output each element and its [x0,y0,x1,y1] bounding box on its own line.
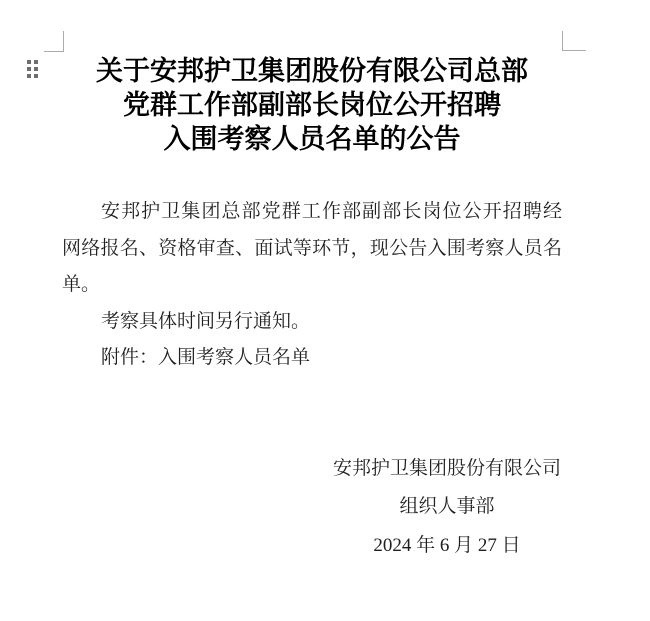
title-line-2: 党群工作部副部长岗位公开招聘 [62,88,562,122]
signature-org: 安邦护卫集团股份有限公司 [332,450,562,489]
attachment-paragraph: 附件：入围考察人员名单 [62,340,562,377]
paragraph-line: 单。 [62,267,562,304]
paragraph-line: 安邦护卫集团总部党群工作部副部长岗位公开招聘经 [62,194,562,231]
signature-dept: 组织人事部 [332,488,562,527]
text-boundary-corner-top-right-icon [562,31,586,51]
main-paragraph: 安邦护卫集团总部党群工作部副部长岗位公开招聘经 网络报名、资格审查、面试等环节，… [62,194,562,304]
document-title: 关于安邦护卫集团股份有限公司总部 党群工作部副部长岗位公开招聘 入围考察人员名单… [62,54,562,156]
notice-paragraph: 考察具体时间另行通知。 [62,304,562,341]
document-page: 关于安邦护卫集团股份有限公司总部 党群工作部副部长岗位公开招聘 入围考察人员名单… [0,0,650,621]
title-line-3: 入围考察人员名单的公告 [62,122,562,156]
text-boundary-corner-top-left-icon [44,31,64,52]
document-body: 关于安邦护卫集团股份有限公司总部 党群工作部副部长岗位公开招聘 入围考察人员名单… [62,0,562,565]
signature-date: 2024 年 6 月 27 日 [332,527,562,566]
title-line-1: 关于安邦护卫集团股份有限公司总部 [62,54,562,88]
drag-handle-icon[interactable] [27,60,38,78]
signature-block: 安邦护卫集团股份有限公司 组织人事部 2024 年 6 月 27 日 [332,450,562,566]
paragraph-line: 网络报名、资格审查、面试等环节，现公告入围考察人员名 [62,231,562,268]
